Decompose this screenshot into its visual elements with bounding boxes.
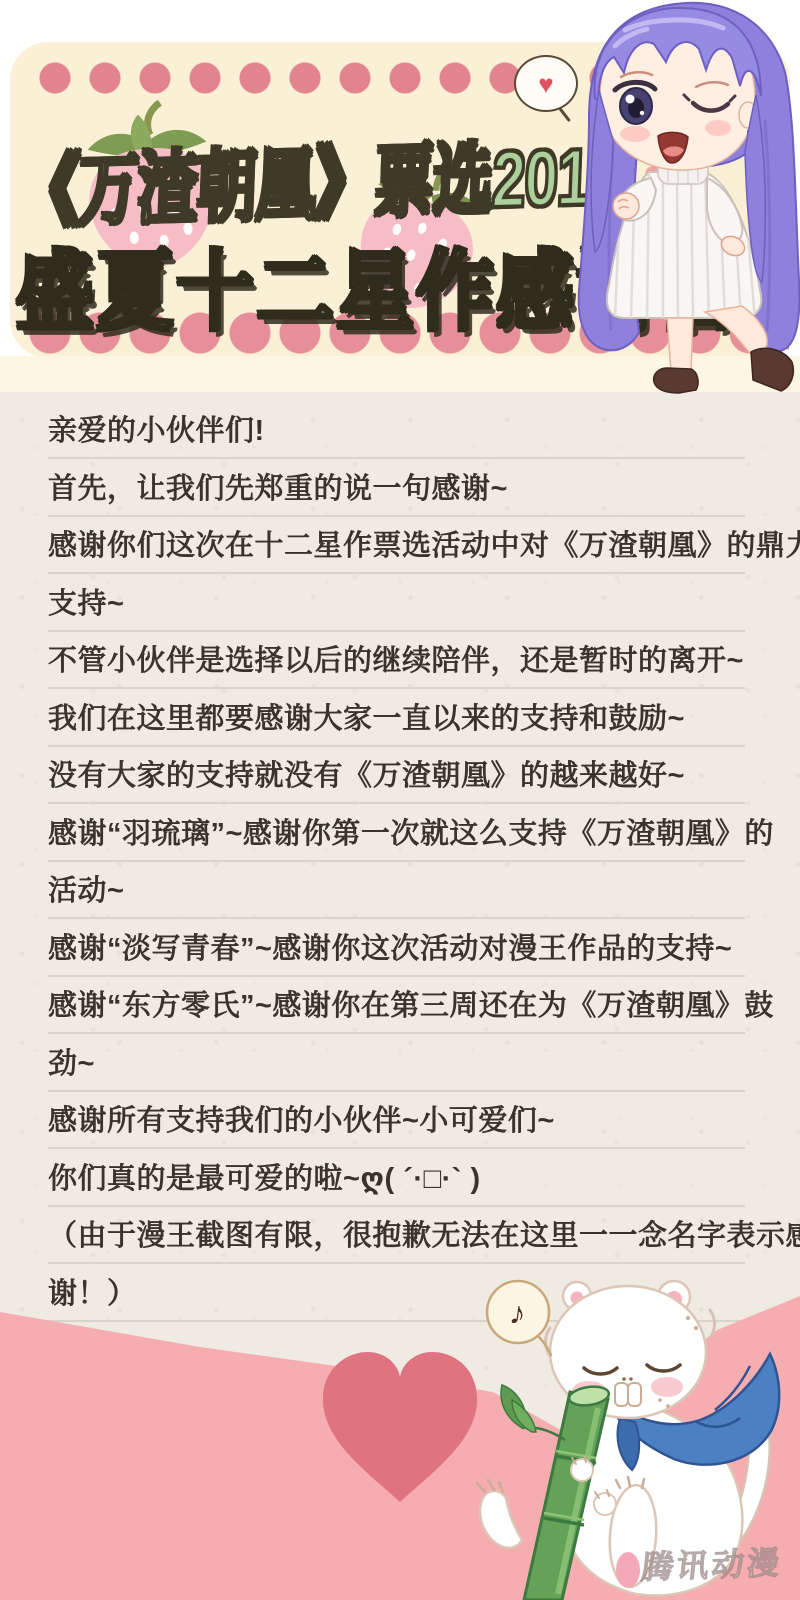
- letter-line: 支持~: [48, 585, 747, 631]
- letter-line: 你们真的是最可爱的啦~ღ( ´·□·` ): [48, 1160, 747, 1206]
- letter-line: 感谢“淡写青春”~感谢你这次活动对漫王作品的支持~: [48, 930, 747, 976]
- letter-line: 不管小伙伴是选择以后的继续陪伴，还是暂时的离开~: [48, 642, 747, 688]
- tencent-comics-watermark: 腾讯动漫: [639, 1538, 784, 1589]
- letter-line: 感谢“东方零氏”~感谢你在第三周还在为《万渣朝凰》鼓: [48, 987, 747, 1033]
- comic-thankyou-poster: 《万渣朝凰》票选2019 盛夏十二星作感谢信 ♥: [0, 0, 800, 1600]
- letter-line: 感谢你们这次在十二星作票选活动中对《万渣朝凰》的鼎力: [48, 527, 747, 573]
- letter-line: 感谢“羽琉璃”~感谢你第一次就这么支持《万渣朝凰》的: [48, 815, 747, 861]
- chibi-girl-illustration: [555, 0, 800, 396]
- letter-line: 亲爱的小伙伴们!: [48, 412, 747, 458]
- letter-line: 没有大家的支持就没有《万渣朝凰》的越来越好~: [48, 757, 747, 803]
- letter-line: 首先，让我们先郑重的说一句感谢~: [48, 470, 747, 516]
- letter-line: 活动~: [48, 872, 747, 918]
- letter-line: 感谢所有支持我们的小伙伴~小可爱们~: [48, 1102, 747, 1148]
- letter-line: （由于漫王截图有限，很抱歉无法在这里一一念名字表示感: [48, 1217, 747, 1263]
- letter-line: 劲~: [48, 1045, 747, 1091]
- letter-line: 我们在这里都要感谢大家一直以来的支持和鼓励~: [48, 700, 747, 746]
- heart-speech-bubble: ♥: [514, 55, 578, 112]
- big-heart-icon: [310, 1344, 490, 1506]
- heart-icon: ♥: [538, 71, 553, 97]
